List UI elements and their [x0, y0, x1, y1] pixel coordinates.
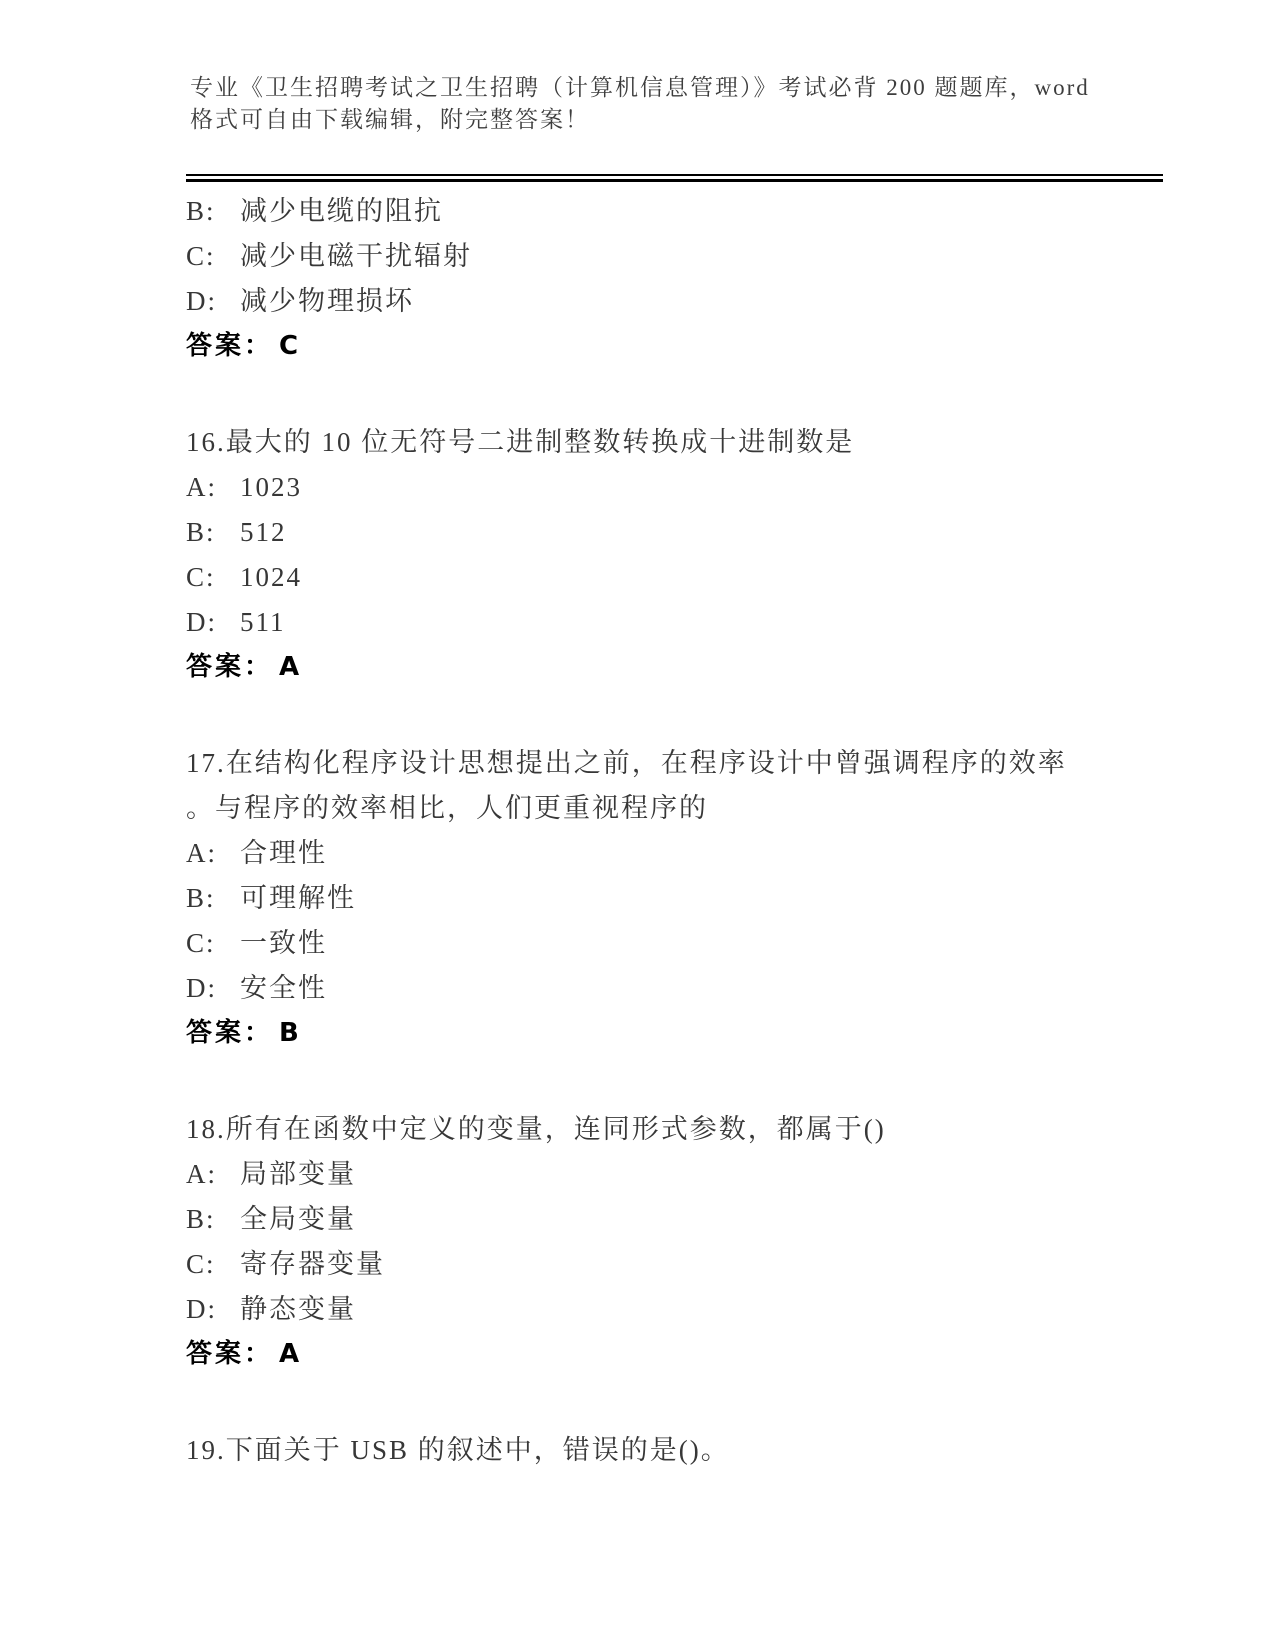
option-label: A: [186, 831, 240, 876]
answer-value: C [279, 331, 301, 361]
option-text: 1023 [240, 472, 302, 502]
option-text: 1024 [240, 562, 302, 592]
question-16-option-b: B:512 [186, 510, 1171, 555]
option-text: 减少电缆的阻抗 [240, 196, 443, 226]
option-text: 局部变量 [240, 1159, 356, 1189]
option-text: 合理性 [240, 838, 327, 868]
question-15-option-d: D:减少物理损坏 [186, 279, 1171, 324]
question-17-option-b: B:可理解性 [186, 876, 1171, 921]
question-18-option-d: D:静态变量 [186, 1287, 1171, 1332]
question-16-text: 16.最大的 10 位无符号二进制整数转换成十进制数是 [186, 420, 1171, 465]
question-16-option-d: D:511 [186, 600, 1171, 645]
question-16-answer: 答案：A [186, 645, 1171, 690]
question-18-answer: 答案：A [186, 1332, 1171, 1377]
answer-value: A [279, 652, 302, 682]
option-label: D: [186, 279, 240, 324]
option-text: 可理解性 [240, 883, 356, 913]
option-text: 减少电磁干扰辐射 [240, 241, 472, 271]
question-16-block: 16.最大的 10 位无符号二进制整数转换成十进制数是 A:1023 B:512… [186, 420, 1171, 690]
question-19-text: 19.下面关于 USB 的叙述中，错误的是()。 [186, 1428, 1171, 1473]
option-text: 全局变量 [240, 1204, 356, 1234]
option-text: 511 [240, 607, 286, 637]
option-label: C: [186, 234, 240, 279]
option-label: D: [186, 600, 240, 645]
option-label: A: [186, 465, 240, 510]
option-label: B: [186, 189, 240, 234]
option-text: 寄存器变量 [240, 1249, 385, 1279]
question-16-option-c: C:1024 [186, 555, 1171, 600]
question-15-option-b: B:减少电缆的阻抗 [186, 189, 1171, 234]
question-15-continued-block: B:减少电缆的阻抗 C:减少电磁干扰辐射 D:减少物理损坏 答案：C [186, 189, 1171, 369]
option-label: D: [186, 1287, 240, 1332]
option-text: 静态变量 [240, 1294, 356, 1324]
answer-value: B [279, 1018, 302, 1048]
question-18-text: 18.所有在函数中定义的变量，连同形式参数，都属于() [186, 1107, 1171, 1152]
option-label: A: [186, 1152, 240, 1197]
option-label: B: [186, 1197, 240, 1242]
question-15-option-c: C:减少电磁干扰辐射 [186, 234, 1171, 279]
answer-prefix: 答案： [186, 1018, 273, 1048]
header-divider-rule [186, 174, 1163, 182]
question-17-text-line-2: 。与程序的效率相比，人们更重视程序的 [186, 786, 1171, 831]
question-17-block: 17.在结构化程序设计思想提出之前，在程序设计中曾强调程序的效率 。与程序的效率… [186, 741, 1171, 1056]
option-text: 一致性 [240, 928, 327, 958]
answer-value: A [279, 1339, 302, 1369]
option-text: 512 [240, 517, 287, 547]
option-label: C: [186, 555, 240, 600]
document-page: 专业《卫生招聘考试之卫生招聘（计算机信息管理）》考试必背 200 题题库，wor… [0, 0, 1275, 1650]
option-label: B: [186, 510, 240, 555]
option-label: C: [186, 921, 240, 966]
question-16-option-a: A:1023 [186, 465, 1171, 510]
option-label: D: [186, 966, 240, 1011]
question-18-option-b: B:全局变量 [186, 1197, 1171, 1242]
option-label: B: [186, 876, 240, 921]
question-18-option-c: C:寄存器变量 [186, 1242, 1171, 1287]
question-17-option-d: D:安全性 [186, 966, 1171, 1011]
answer-prefix: 答案： [186, 1339, 273, 1369]
question-15-answer: 答案：C [186, 324, 1171, 369]
option-label: C: [186, 1242, 240, 1287]
question-17-answer: 答案：B [186, 1011, 1171, 1056]
question-17-option-c: C:一致性 [186, 921, 1171, 966]
question-18-block: 18.所有在函数中定义的变量，连同形式参数，都属于() A:局部变量 B:全局变… [186, 1107, 1171, 1377]
option-text: 减少物理损坏 [240, 286, 414, 316]
option-text: 安全性 [240, 973, 327, 1003]
question-17-option-a: A:合理性 [186, 831, 1171, 876]
header-line-1: 专业《卫生招聘考试之卫生招聘（计算机信息管理）》考试必背 200 题题库，wor… [190, 72, 1130, 104]
document-header: 专业《卫生招聘考试之卫生招聘（计算机信息管理）》考试必背 200 题题库，wor… [190, 72, 1130, 136]
header-line-2: 格式可自由下载编辑，附完整答案！ [190, 104, 1130, 136]
answer-prefix: 答案： [186, 652, 273, 682]
question-19-block: 19.下面关于 USB 的叙述中，错误的是()。 [186, 1428, 1171, 1473]
question-18-option-a: A:局部变量 [186, 1152, 1171, 1197]
question-17-text-line-1: 17.在结构化程序设计思想提出之前，在程序设计中曾强调程序的效率 [186, 741, 1171, 786]
answer-prefix: 答案： [186, 331, 273, 361]
